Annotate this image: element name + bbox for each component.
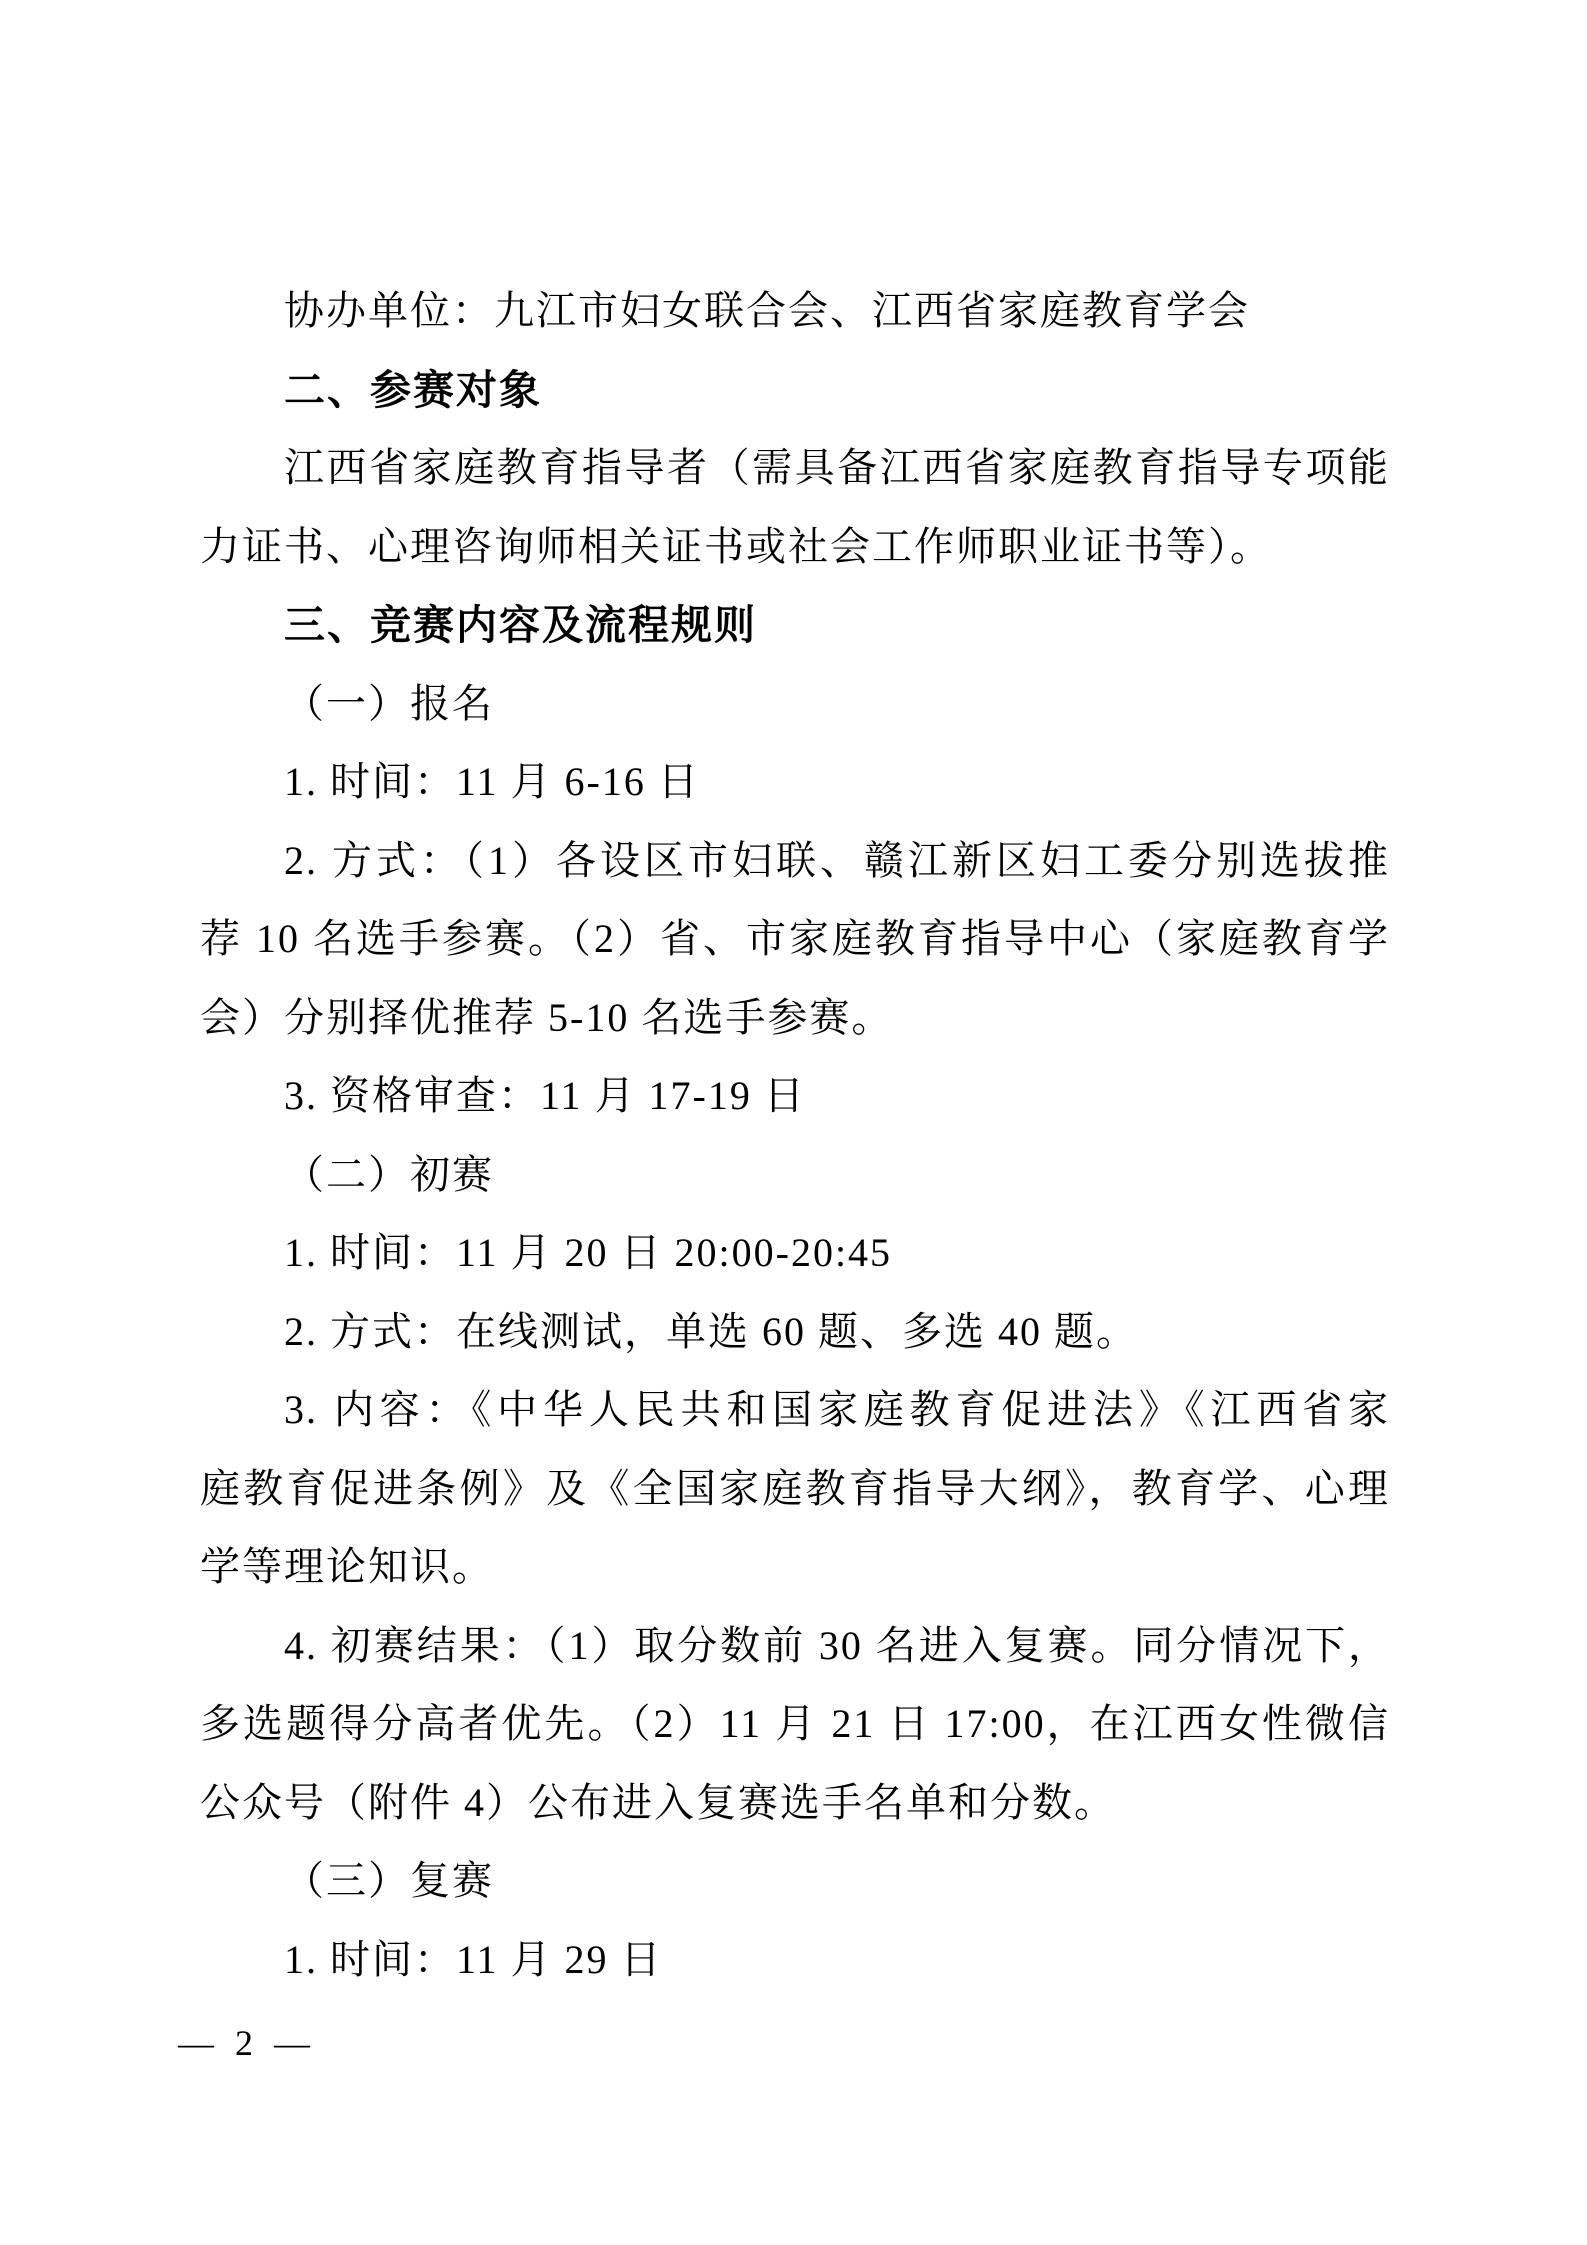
text-line: 公众号（附件 4）公布进入复赛选手名单和分数。 [200, 1764, 1390, 1843]
text-line: 3. 内容：《中华人民共和国家庭教育促进法》《江西省家 [200, 1371, 1390, 1450]
text-line: 荐 10 名选手参赛。（2）省、市家庭教育指导中心（家庭教育学 [200, 900, 1390, 979]
text-line: 1. 时间：11 月 29 日 [200, 1921, 1390, 2000]
text-line: 2. 方式：（1）各设区市妇联、赣江新区妇工委分别选拔推 [200, 822, 1390, 901]
sub-heading: （二）初赛 [200, 1136, 1390, 1215]
text-line: 4. 初赛结果：（1）取分数前 30 名进入复赛。同分情况下， [200, 1607, 1390, 1686]
text-line: 多选题得分高者优先。（2）11 月 21 日 17:00，在江西女性微信 [200, 1685, 1390, 1764]
text-line: 学等理论知识。 [200, 1528, 1390, 1607]
text-line: 2. 方式：在线测试，单选 60 题、多选 40 题。 [200, 1293, 1390, 1372]
text-line: 力证书、心理咨询师相关证书或社会工作师职业证书等）。 [200, 508, 1390, 587]
page-number: — 2 — [178, 2022, 316, 2064]
text-line: 江西省家庭教育指导者（需具备江西省家庭教育指导专项能 [200, 429, 1390, 508]
text-line: 3. 资格审查：11 月 17-19 日 [200, 1057, 1390, 1136]
text-line: 庭教育促进条例》及《全国家庭教育指导大纲》，教育学、心理 [200, 1450, 1390, 1529]
section-heading: 二、参赛对象 [200, 351, 1390, 430]
text-line: 1. 时间：11 月 20 日 20:00-20:45 [200, 1214, 1390, 1293]
sub-heading: （一）报名 [200, 665, 1390, 744]
text-line: 1. 时间：11 月 6-16 日 [200, 743, 1390, 822]
section-heading: 三、竞赛内容及流程规则 [200, 586, 1390, 665]
text-line: 协办单位：九江市妇女联合会、江西省家庭教育学会 [200, 272, 1390, 351]
sub-heading: （三）复赛 [200, 1842, 1390, 1921]
document-page: 协办单位：九江市妇女联合会、江西省家庭教育学会二、参赛对象江西省家庭教育指导者（… [0, 0, 1587, 2245]
text-line: 会）分别择优推荐 5-10 名选手参赛。 [200, 979, 1390, 1058]
document-body: 协办单位：九江市妇女联合会、江西省家庭教育学会二、参赛对象江西省家庭教育指导者（… [200, 272, 1390, 1999]
